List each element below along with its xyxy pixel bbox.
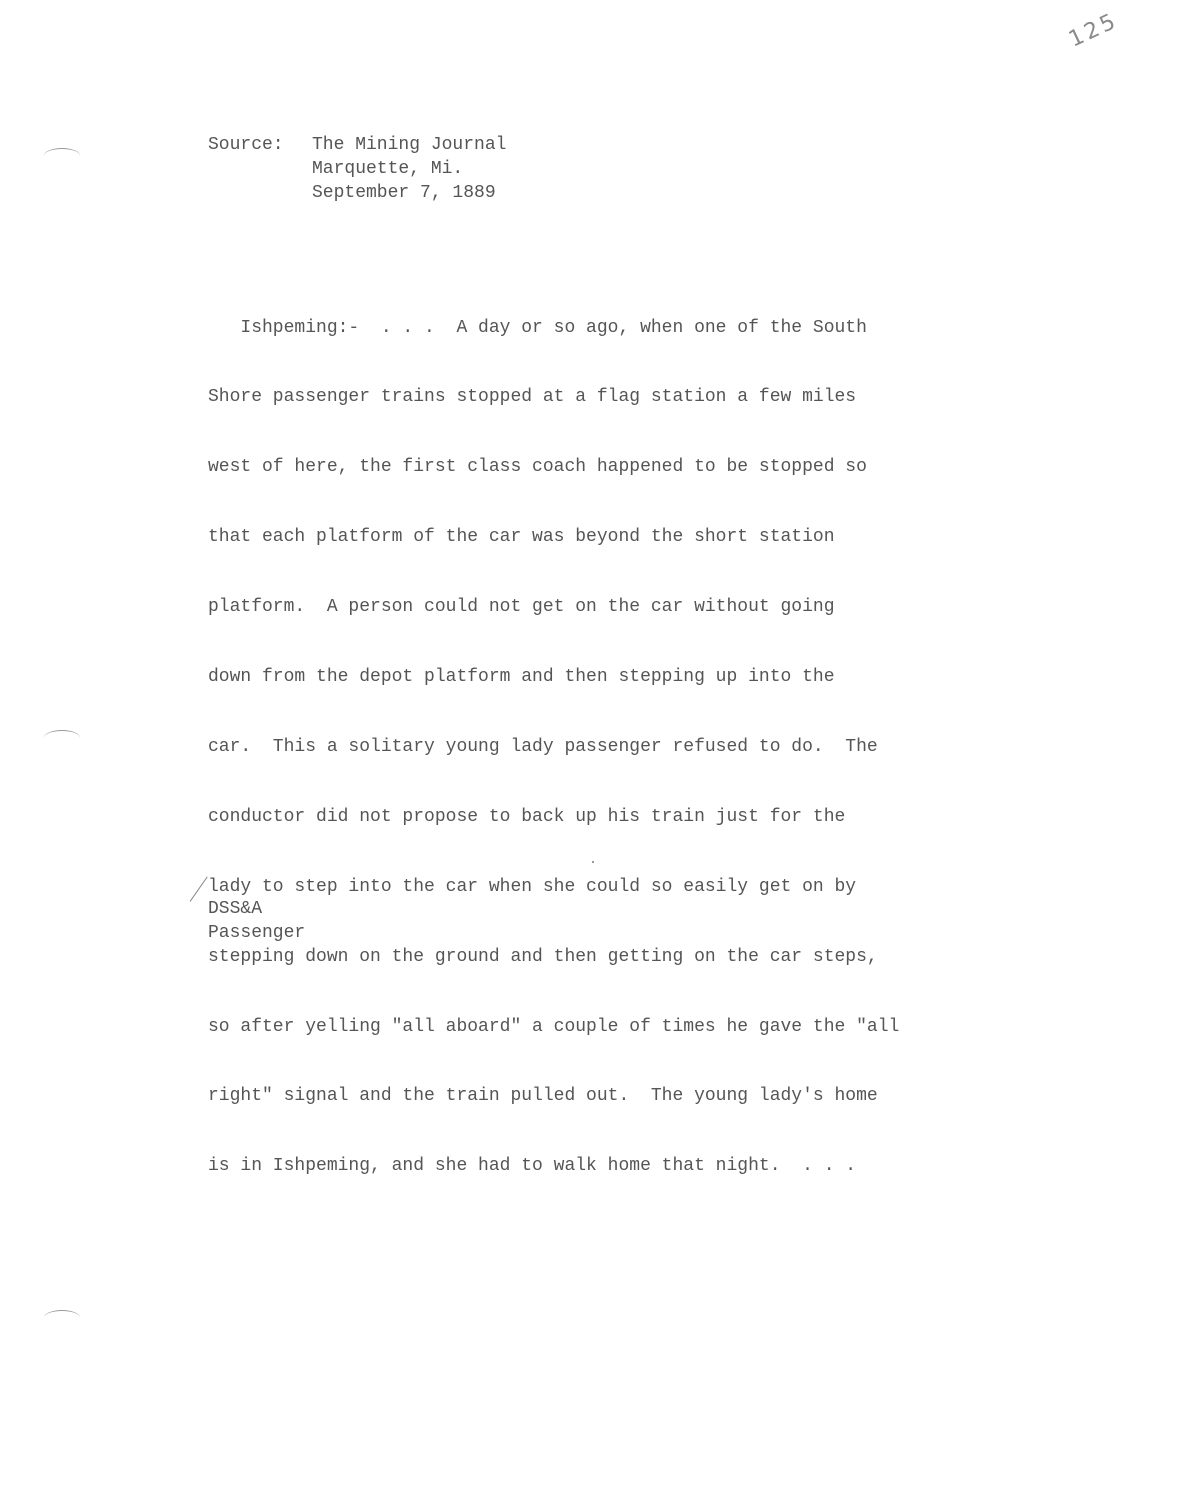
article-line: west of here, the first class coach happ… <box>208 456 948 479</box>
article-line: car. This a solitary young lady passenge… <box>208 736 948 759</box>
source-citation: Source: The Mining Journal Marquette, Mi… <box>208 133 506 205</box>
source-publication: The Mining Journal <box>312 133 506 157</box>
source-label: Source: <box>208 133 312 157</box>
subject-tags: DSS&A Passenger <box>208 897 305 945</box>
source-location: Marquette, Mi. <box>312 157 463 181</box>
page-number: 125 <box>1065 8 1122 52</box>
tag-category: Passenger <box>208 923 305 943</box>
punch-hole-mark-bottom <box>44 1310 80 1325</box>
article-line: so after yelling "all aboard" a couple o… <box>208 1016 948 1039</box>
article-body: Ishpeming:- . . . A day or so ago, when … <box>208 270 948 1202</box>
article-line: lady to step into the car when she could… <box>208 876 948 899</box>
article-line: Shore passenger trains stopped at a flag… <box>208 386 948 409</box>
article-line: Ishpeming:- . . . A day or so ago, when … <box>208 317 948 340</box>
source-date: September 7, 1889 <box>312 181 496 205</box>
article-line: platform. A person could not get on the … <box>208 596 948 619</box>
punch-hole-mark-top <box>44 148 80 163</box>
article-line: conductor did not propose to back up his… <box>208 806 948 829</box>
article-line: stepping down on the ground and then get… <box>208 946 948 969</box>
stray-mark <box>592 861 594 863</box>
article-line: is in Ishpeming, and she had to walk hom… <box>208 1155 948 1178</box>
article-line: right" signal and the train pulled out. … <box>208 1085 948 1108</box>
article-line: down from the depot platform and then st… <box>208 666 948 689</box>
punch-hole-mark-middle <box>44 730 80 745</box>
article-line: that each platform of the car was beyond… <box>208 526 948 549</box>
